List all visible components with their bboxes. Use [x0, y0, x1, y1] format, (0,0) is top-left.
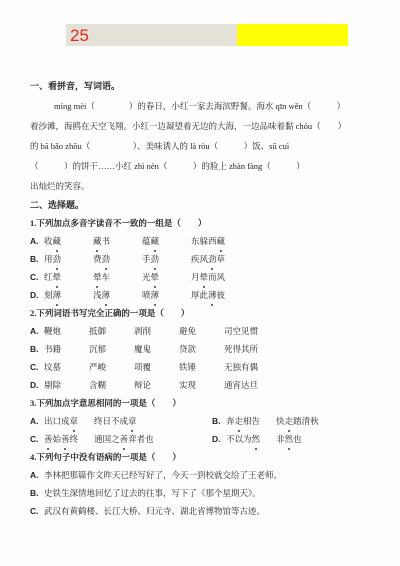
option-item: 魔鬼: [134, 340, 179, 358]
option-row: A.李林把那篇作文昨天已经写好了，今天一到校就交给了王老师。: [30, 466, 374, 484]
emphasized-char: 薄: [53, 286, 62, 304]
emphasized-char: 晕: [53, 268, 62, 286]
option-item: 终日不成章: [94, 412, 137, 430]
option-item: 项覆: [134, 358, 179, 376]
option-item: 避免: [179, 322, 224, 340]
option-item: 月晕而风: [191, 268, 225, 286]
emphasized-char: 然: [252, 430, 261, 448]
option-item: 蕴藏: [142, 232, 191, 250]
option-item: 史铁生深情地回忆了过去的往事，写下了《那个星期天》。: [44, 484, 261, 502]
option-label: C.: [30, 268, 44, 286]
emphasized-char: 善: [120, 430, 129, 448]
option-item: 实现: [179, 376, 224, 394]
section2: 二、选择题。 1.下列加点多音字读音不一致的一组是（ ）A.收藏藏书蕴藏东躲西藏…: [30, 196, 374, 520]
option-item: 鞭炮: [44, 322, 89, 340]
emphasized-char: 晕: [93, 268, 102, 286]
pinyin-paragraph: míng mèi（ ）的春日，小红一家去海滨野餐。海水 qīn wěn（ ） 着…: [30, 96, 374, 196]
option-label: A.: [30, 322, 44, 340]
option-row: C.坟墓严峻项覆铁锤无独有偶: [30, 358, 374, 376]
emphasized-char: 走: [285, 412, 294, 430]
option: A.出口成章终日不成章: [30, 412, 212, 430]
option-item: 李林把那篇作文昨天已经写好了，今天一到校就交给了王老师。: [44, 466, 282, 484]
option-item: 抵御: [89, 322, 134, 340]
emphasized-char: 藏: [217, 232, 226, 250]
paragraph-line: míng mèi（ ）的春日，小红一家去海滨野餐。海水 qīn wěn（ ）: [30, 96, 374, 116]
emphasized-char: 章: [128, 412, 137, 430]
option-item: 喷薄: [142, 286, 191, 304]
option-label: C.: [30, 430, 44, 448]
emphasized-char: 然: [285, 430, 294, 448]
option-item: 快走踏清秋: [276, 412, 319, 430]
option-label: B.: [30, 250, 44, 268]
option-row: C.红晕晕车光晕月晕而风: [30, 268, 374, 286]
question-4-title: 4.下列句子中没有语病的一项是（ ）: [30, 448, 374, 466]
option-item: 手劲: [142, 250, 191, 268]
option-row: A.收藏藏书蕴藏东躲西藏: [30, 232, 374, 250]
option-item: 善始善终: [44, 430, 78, 448]
emphasized-char: 薄: [102, 286, 111, 304]
option-item: 厚此薄彼: [191, 286, 225, 304]
option-item: 用劲: [44, 250, 93, 268]
option-row: B.用劲费劲手劲疾风劲草: [30, 250, 374, 268]
option-item: 刻薄: [44, 286, 93, 304]
option-label: D.: [30, 376, 44, 394]
emphasized-char: 善: [44, 430, 53, 448]
option-item: 坟墓: [44, 358, 89, 376]
option-label: D.: [212, 430, 226, 448]
header-bar-yellow-segment: [237, 24, 348, 46]
option-label: B.: [30, 340, 44, 358]
option-item: 死得其所: [224, 340, 258, 358]
worksheet-content: 一、看拼音，写词语。 míng mèi（ ）的春日，小红一家去海滨野餐。海水 q…: [30, 76, 374, 520]
option-label: C.: [30, 502, 44, 520]
emphasized-char: 晕: [200, 268, 209, 286]
option-item: 通国之善弈者也: [94, 430, 154, 448]
option-item: 司空见惯: [224, 322, 258, 340]
emphasized-char: 劲: [53, 250, 62, 268]
option-item: 晕车: [93, 268, 142, 286]
emphasized-char: 晕: [151, 268, 160, 286]
paragraph-line: 着沙滩，海鸥在天空飞翔。小红一边凝望着无边的大海，一边品味着黏 chóu（ ）: [30, 116, 374, 136]
page-header-bar: 25: [66, 24, 348, 46]
option-item: 剥削: [134, 322, 179, 340]
option-item: 书籍: [44, 340, 89, 358]
emphasized-char: 劲: [208, 250, 217, 268]
emphasized-char: 善: [61, 430, 70, 448]
option-row: C.武汉有黄鹤楼、长江大桥、归元寺、湖北省博物馆等古迹。: [30, 502, 374, 520]
option-label: B.: [30, 484, 44, 502]
option-row: D.刻薄浅薄喷薄厚此薄彼: [30, 286, 374, 304]
option: C.善始善终通国之善弈者也: [30, 430, 212, 448]
emphasized-char: 章: [70, 412, 79, 430]
emphasized-char: 薄: [151, 286, 160, 304]
option-label: D.: [30, 286, 44, 304]
paragraph-line: （ ）的饼干……小红 zhì nèn（ ）的脸上 zhàn fàng（ ）: [30, 156, 374, 176]
question-1-title: 1.下列加点多音字读音不一致的一组是（ ）: [30, 214, 374, 232]
option-item: 无独有偶: [224, 358, 258, 376]
section2-title: 二、选择题。: [30, 196, 374, 214]
option-item: 通宵达旦: [224, 376, 258, 394]
option-item: 含糊: [89, 376, 134, 394]
option-row: B.书籍沉郁魔鬼贷款死得其所: [30, 340, 374, 358]
paragraph-line: 出灿烂的笑容。: [30, 176, 374, 196]
option-item: 出口成章: [44, 412, 78, 430]
option-item: 铁锤: [179, 358, 224, 376]
paragraph-line: 的 bā bǎo zhōu（ ）、美味诱人的 là ròu（ ）饭、sū cuì: [30, 136, 374, 156]
questions-container: 1.下列加点多音字读音不一致的一组是（ ）A.收藏藏书蕴藏东躲西藏B.用劲费劲手…: [30, 214, 374, 520]
question-3-title: 3.下列加点字意思相同的一项是（ ）: [30, 394, 374, 412]
option-item: 沉郁: [89, 340, 134, 358]
option-row: B.史铁生深情地回忆了过去的往事，写下了《那个星期天》。: [30, 484, 374, 502]
section1-title: 一、看拼音，写词语。: [30, 76, 374, 96]
option-item: 奔走相告: [226, 412, 260, 430]
option-item: 剔除: [44, 376, 89, 394]
worksheet-page: 25 一、看拼音，写词语。 míng mèi（ ）的春日，小红一家去海滨野餐。海…: [0, 0, 400, 566]
option-label: B.: [212, 412, 226, 430]
emphasized-char: 走: [235, 412, 244, 430]
question-2-title: 2.下列词语书写完全正确的一项是（ ）: [30, 304, 374, 322]
option-item: 收藏: [44, 232, 93, 250]
option: B.奔走相告快走踏清秋: [212, 412, 319, 430]
option-label: A.: [30, 232, 44, 250]
option-item: 浅薄: [93, 286, 142, 304]
option-label: A.: [30, 412, 44, 430]
emphasized-char: 劲: [102, 250, 111, 268]
option-item: 非然也: [276, 430, 302, 448]
emphasized-char: 劲: [151, 250, 160, 268]
option-item: 光晕: [142, 268, 191, 286]
option-label: C.: [30, 358, 44, 376]
option-item: 藏书: [93, 232, 142, 250]
option-row: C.善始善终通国之善弈者也D.不以为然非然也: [30, 430, 374, 448]
option-item: 费劲: [93, 250, 142, 268]
option-item: 红晕: [44, 268, 93, 286]
option-item: 武汉有黄鹤楼、长江大桥、归元寺、湖北省博物馆等古迹。: [44, 502, 265, 520]
option: D.不以为然非然也: [212, 430, 302, 448]
option-row: A.出口成章终日不成章B.奔走相告快走踏清秋: [30, 412, 374, 430]
option-item: 辩论: [134, 376, 179, 394]
header-bar-gray-segment: 25: [66, 24, 237, 46]
option-item: 疾风劲草: [191, 250, 225, 268]
emphasized-char: 藏: [151, 232, 160, 250]
emphasized-char: 薄: [208, 286, 217, 304]
option-label: A.: [30, 466, 44, 484]
page-number: 25: [66, 27, 89, 44]
option-row: D.剔除含糊辩论实现通宵达旦: [30, 376, 374, 394]
emphasized-char: 藏: [53, 232, 62, 250]
option-item: 严峻: [89, 358, 134, 376]
option-item: 不以为然: [226, 430, 260, 448]
emphasized-char: 藏: [93, 232, 102, 250]
option-item: 东躲西藏: [191, 232, 225, 250]
option-row: A.鞭炮抵御剥削避免司空见惯: [30, 322, 374, 340]
option-item: 贷款: [179, 340, 224, 358]
